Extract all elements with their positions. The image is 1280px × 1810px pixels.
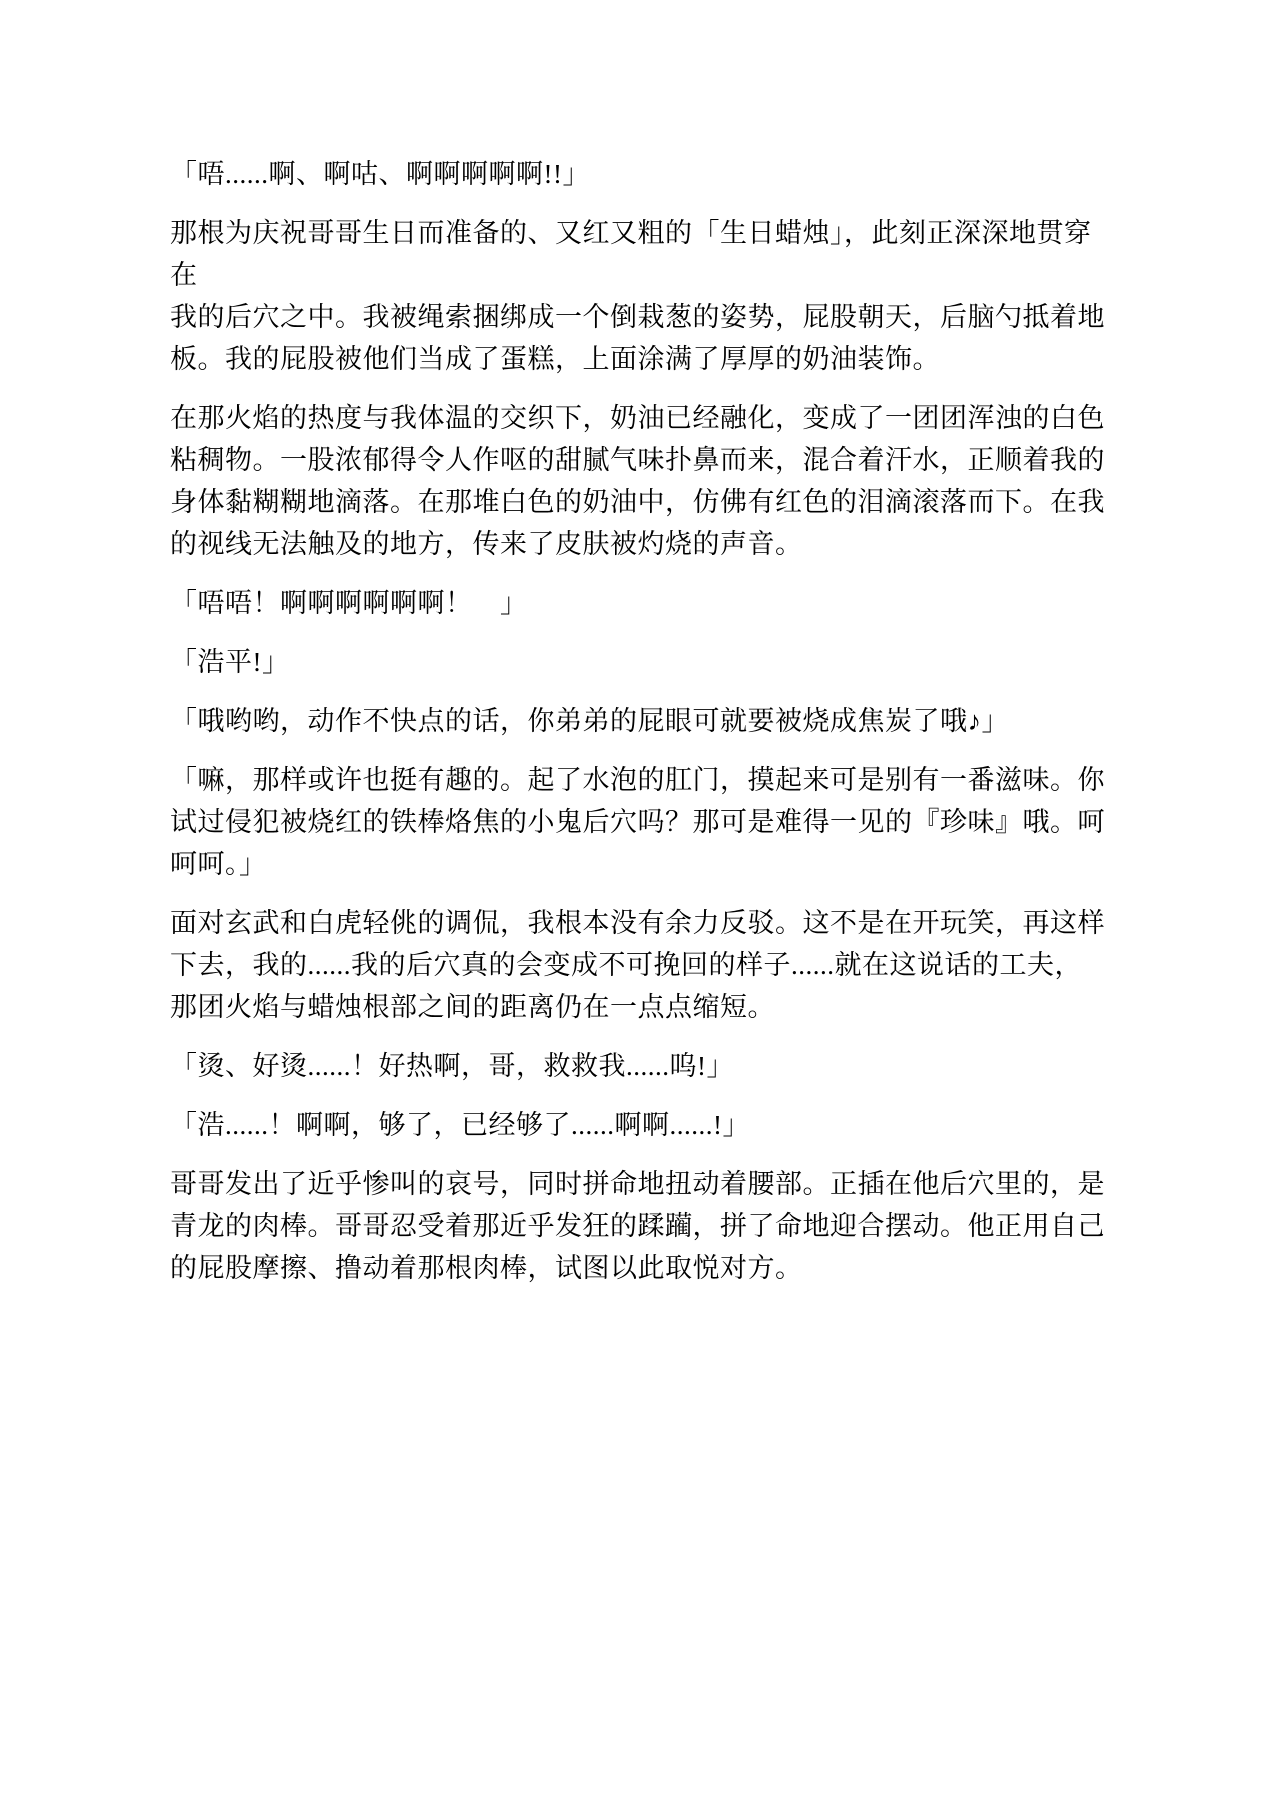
- dialogue-line: 「哦哟哟，动作不快点的话，你弟弟的屁眼可就要被烧成焦炭了哦♪」: [170, 700, 1112, 742]
- dialogue-line: 「浩......！啊啊，够了，已经够了......啊啊......!」: [170, 1104, 1112, 1146]
- dialogue-line: 「烫、好烫......！好热啊，哥，救救我......呜!」: [170, 1045, 1112, 1087]
- narration-paragraph: 那根为庆祝哥哥生日而准备的、又红又粗的「生日蜡烛」，此刻正深深地贯穿在 我的后穴…: [170, 212, 1112, 380]
- dialogue-line: 「唔唔！啊啊啊啊啊啊！ 」: [170, 582, 1112, 624]
- dialogue-line: 「唔......啊、啊咕、啊啊啊啊啊!!」: [170, 153, 1112, 195]
- document-page: 「唔......啊、啊咕、啊啊啊啊啊!!」 那根为庆祝哥哥生日而准备的、又红又粗…: [0, 0, 1280, 1810]
- dialogue-paragraph: 「嘛，那样或许也挺有趣的。起了水泡的肛门，摸起来可是别有一番滋味。你 试过侵犯被…: [170, 759, 1112, 885]
- narration-paragraph: 在那火焰的热度与我体温的交织下，奶油已经融化，变成了一团团浑浊的白色 粘稠物。一…: [170, 397, 1112, 565]
- narration-paragraph: 面对玄武和白虎轻佻的调侃，我根本没有余力反驳。这不是在开玩笑，再这样 下去，我的…: [170, 902, 1112, 1028]
- dialogue-line: 「浩平!」: [170, 641, 1112, 683]
- narration-paragraph: 哥哥发出了近乎惨叫的哀号，同时拼命地扭动着腰部。正插在他后穴里的，是 青龙的肉棒…: [170, 1163, 1112, 1289]
